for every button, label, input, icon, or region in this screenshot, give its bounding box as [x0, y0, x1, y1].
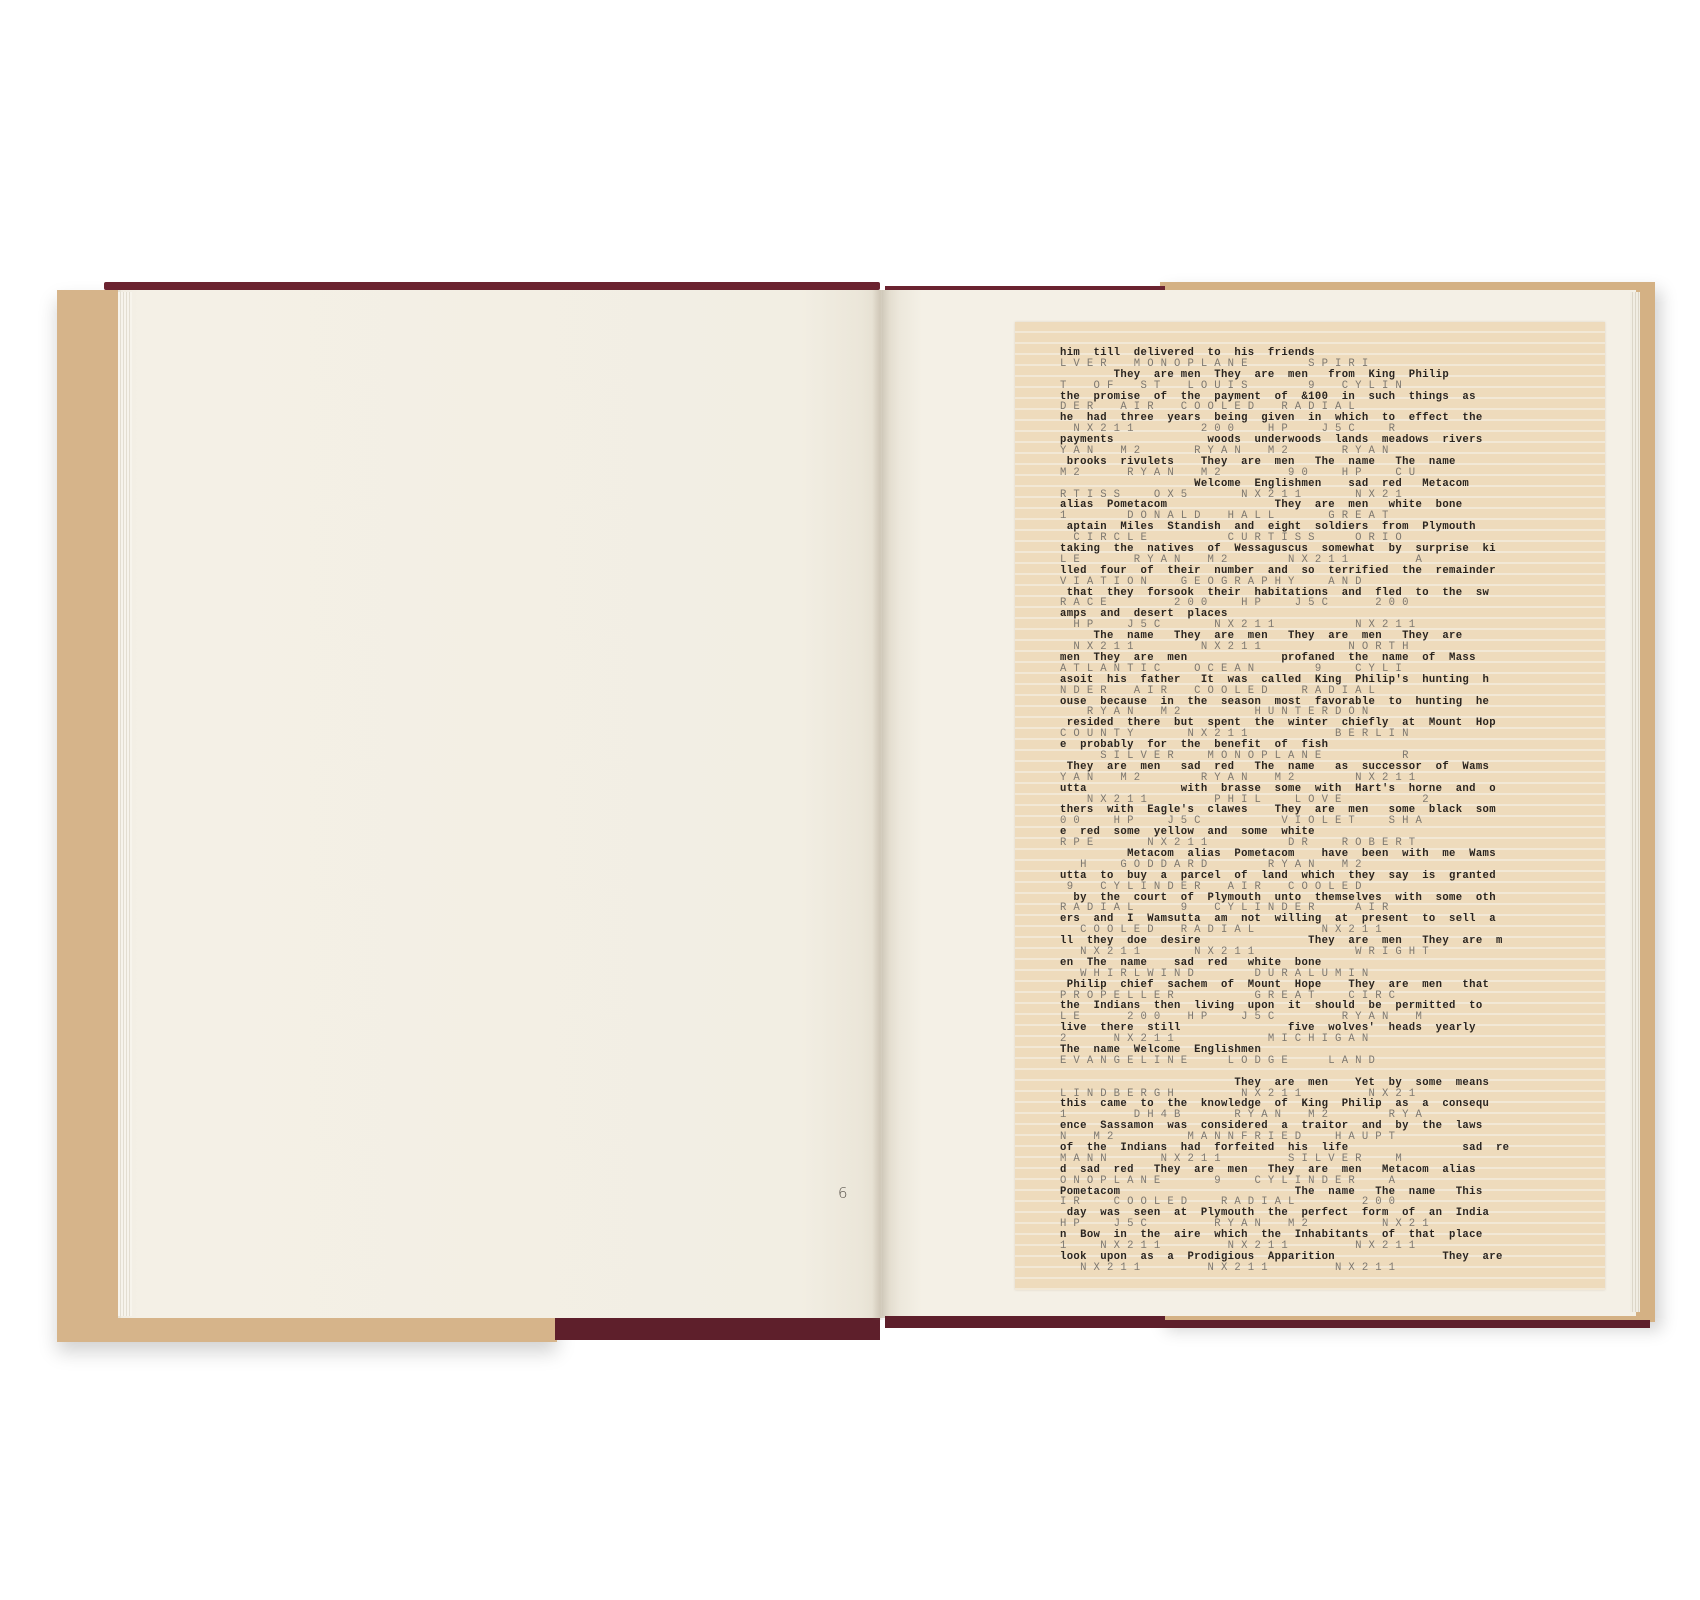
typed-caps-line: Y A N M 2 R Y A N M 2 N X 2 1 1	[1060, 773, 1600, 784]
spine-cloth-bottom-edge	[1160, 1320, 1650, 1328]
typed-caps-line: N X 2 1 1 N X 2 1 1 N X 2 1 1	[1060, 1263, 1600, 1274]
typed-caps-line: T O F S T L O U I S 9 C Y L I N	[1060, 381, 1600, 392]
typed-caps-line: N D E R A I R C O O L E D R A D I A L	[1060, 686, 1600, 697]
spine-cloth-top-left	[104, 282, 880, 290]
typed-caps-line: 9 C Y L I N D E R A I R C O O L E D	[1060, 882, 1600, 893]
typed-caps-line: O N O P L A N E 9 C Y L I N D E R A	[1060, 1176, 1600, 1187]
left-page	[118, 290, 885, 1318]
typed-text-line: asoit his father It was called King Phil…	[1060, 675, 1600, 686]
typed-text-line: Philip chief sachem of Mount Hope They a…	[1060, 980, 1600, 991]
typed-text-line: utta with brasse some with Hart's horne …	[1060, 784, 1600, 795]
right-page-edges	[1630, 292, 1640, 1312]
typed-text-line: utta to buy a parcel of land which they …	[1060, 871, 1600, 882]
page-number: 6	[838, 1184, 848, 1202]
book-gutter	[872, 290, 890, 1320]
spine-cloth-bottom-right	[885, 1314, 1165, 1328]
typewritten-lines: him till delivered to his friendsL V E R…	[1060, 348, 1600, 1274]
left-page-edges	[118, 292, 132, 1316]
typed-caps-line: E V A N G E L I N E L O D G E L A N D	[1060, 1056, 1600, 1067]
typed-text-line: Welcome Englishmen sad red Metacom	[1060, 479, 1600, 490]
typed-caps-line: V I A T I O N G E O G R A P H Y A N D	[1060, 577, 1600, 588]
typed-text-line: They are men Yet by some means	[1060, 1078, 1600, 1089]
